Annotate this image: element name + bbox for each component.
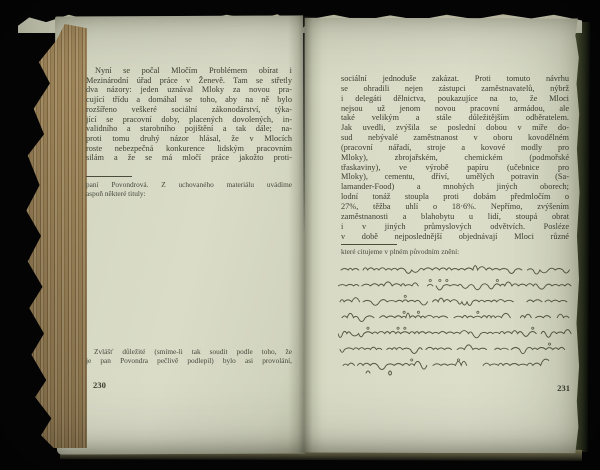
text-line: aspoň některé tituly: bbox=[86, 190, 292, 199]
text-line: rozšířeno veškeré sociální zákonodárství… bbox=[86, 105, 292, 115]
fore-edge-page-stack bbox=[13, 24, 87, 448]
text-line: nejsou už jenom novou pracovní armádou, … bbox=[341, 104, 569, 114]
text-line: Mloky), zbrojařském, chemickém (podmořsk… bbox=[341, 153, 569, 163]
text-line: Mezinárodní úřad práce v Ženevě. Tam se … bbox=[86, 76, 292, 86]
text-line: v době nejposlednější objednávají Mloci … bbox=[341, 232, 569, 242]
page-number-left: 230 bbox=[93, 380, 106, 390]
text-line: silám a že se má mločí práce jakožto pro… bbox=[86, 153, 292, 163]
book-photo: Nyní se počal Mločím Problémem obírat iM… bbox=[0, 0, 600, 470]
text-line: (pracovní nářadí, stroje a kovové modly … bbox=[341, 143, 569, 153]
text-line: i v jiných průmyslových odvětvích. Poslé… bbox=[341, 222, 569, 232]
text-line: jící se pracovní doby, placených dovolen… bbox=[86, 115, 292, 125]
right-page-footnote: které citujeme v plném původním znění: bbox=[341, 248, 569, 257]
footnote-rule-right bbox=[341, 244, 397, 245]
handwriting-stroke bbox=[338, 266, 571, 375]
text-line: Mloky), cementu, dříví, umělých potravin… bbox=[341, 172, 569, 182]
text-line: dva názory: jeden uznával Mloky za novou… bbox=[86, 85, 292, 95]
text-line: paní Povondrová. Z uchovaného materiálu … bbox=[86, 181, 292, 190]
text-line: které citujeme v plném původním znění: bbox=[341, 248, 569, 257]
text-line: zaměstnanosti a blahobytu u lidí, stoupá… bbox=[341, 212, 569, 222]
text-line: také velikým a stále důležitějším odběra… bbox=[341, 113, 569, 123]
left-page-closing-note: Zvlášť důležité (smíme-li tak soudit pod… bbox=[86, 348, 292, 366]
text-line: roste nebezpečná konkurence lidským prac… bbox=[86, 144, 292, 154]
page-number-right: 231 bbox=[538, 383, 570, 393]
left-page-body: Nyní se počal Mločím Problémem obírat iM… bbox=[86, 66, 292, 163]
text-line: lodní tonáž stoupla proti dobám předmloč… bbox=[341, 192, 569, 202]
text-line: proti tomu druhý názor hlásal, že v Mloc… bbox=[86, 134, 292, 144]
text-line: lamander-Food) a mnohých jiných oborech; bbox=[341, 182, 569, 192]
footnote-rule-left bbox=[86, 176, 132, 177]
text-line: 27%, těžba uhlí o 18·6%. Nepřímo, zvýšen… bbox=[341, 202, 569, 212]
text-line: Nyní se počal Mločím Problémem obírat i bbox=[86, 66, 292, 76]
text-line: validního a starobního pojištění a tak d… bbox=[86, 124, 292, 134]
text-line: cující třídu a domáhal se toho, aby na n… bbox=[86, 95, 292, 105]
text-line: sociální jednoduše zakázat. Proti tomuto… bbox=[341, 74, 569, 84]
text-line: Zvlášť důležité (smíme-li tak soudit pod… bbox=[86, 348, 292, 357]
text-line: třaskaviny), ve výrobě papíru (učebnice … bbox=[341, 163, 569, 173]
text-line: i delegáti dělnictva, poukazujíce na to,… bbox=[341, 94, 569, 104]
handwritten-facsimile bbox=[338, 260, 572, 382]
left-page-footnote: paní Povondrová. Z uchovaného materiálu … bbox=[86, 181, 292, 199]
text-line: je pan Povondra pečlivě podlepil) bylo a… bbox=[86, 357, 292, 366]
text-line: se ohradili nejen zástupci zaměstnavatel… bbox=[341, 84, 569, 94]
text-line: sud nebývalé zaměstnanost v oboru kovodě… bbox=[341, 133, 569, 143]
right-page-body: sociální jednoduše zakázat. Proti tomuto… bbox=[341, 74, 569, 241]
text-line: Jak uvedli, zvýšila se poslední dobou v … bbox=[341, 123, 569, 133]
